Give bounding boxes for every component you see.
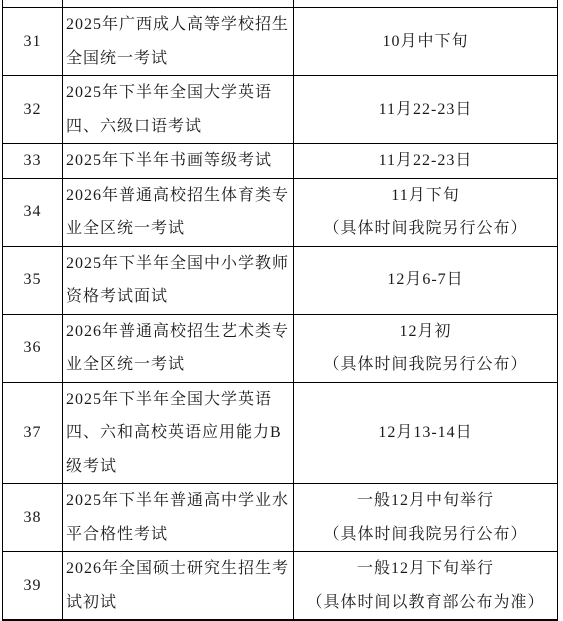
table-row: 312025年广西成人高等学校招生 全国统一考试10月中下旬 [3,8,558,76]
exam-date-text: 一般12月下旬举行 [294,552,557,586]
table-row: 322025年下半年全国大学英语 四、六级口语考试11月22-23日 [3,76,558,144]
row-number: 38 [3,484,63,552]
table-row: 392026年全国硕士研究生招生考 试初试一般12月下旬举行（具体时间以教育部公… [3,552,558,621]
exam-date: 10月中下旬 [294,8,558,76]
exam-date: 一般12月下旬举行（具体时间以教育部公布为准） [294,552,558,621]
exam-date-text: 12月初 [294,315,557,349]
exam-date: 12月6-7日 [294,246,558,314]
exam-name: 2025年下半年全国中小学教师 资格考试面试 [63,246,294,314]
row-number: 34 [3,178,63,246]
exam-date: 11月下旬（具体时间我院另行公布） [294,178,558,246]
exam-name: 2026年普通高校招生艺术类专 业全区统一考试 [63,314,294,382]
table-row: 352025年下半年全国中小学教师 资格考试面试12月6-7日 [3,246,558,314]
exam-date-text: 12月6-7日 [294,263,557,297]
exam-name: 2025年下半年普通高中学业水 平合格性考试 [63,484,294,552]
row-number: 37 [3,382,63,484]
exam-date-text: 10月中下旬 [294,25,557,59]
row-number: 33 [3,144,63,179]
exam-date-note: （具体时间我院另行公布） [294,212,557,246]
exam-schedule-table-body: 312025年广西成人高等学校招生 全国统一考试10月中下旬322025年下半年… [3,0,558,620]
exam-name: 2025年下半年全国大学英语 四、六和高校英语应用能力B 级考试 [63,382,294,484]
table-row: 332025年下半年书画等级考试11月22-23日 [3,144,558,179]
exam-name: 2026年全国硕士研究生招生考 试初试 [63,552,294,621]
table-row: 382025年下半年普通高中学业水 平合格性考试一般12月中旬举行（具体时间我院… [3,484,558,552]
table-row: 342026年普通高校招生体育类专 业全区统一考试11月下旬（具体时间我院另行公… [3,178,558,246]
exam-date-note: （具体时间我院另行公布） [294,348,557,382]
exam-date-text: 12月13-14日 [294,416,557,450]
exam-date-text: 11月22-23日 [294,144,557,178]
exam-schedule-table: 312025年广西成人高等学校招生 全国统一考试10月中下旬322025年下半年… [2,0,558,621]
partial-cell [3,0,63,8]
partial-row-top [3,0,558,8]
exam-date: 11月22-23日 [294,144,558,179]
partial-cell [63,0,294,8]
row-number: 31 [3,8,63,76]
table-row: 372025年下半年全国大学英语 四、六和高校英语应用能力B 级考试12月13-… [3,382,558,484]
exam-name: 2026年普通高校招生体育类专 业全区统一考试 [63,178,294,246]
exam-date-text: 11月下旬 [294,179,557,213]
table-row: 362026年普通高校招生艺术类专 业全区统一考试12月初（具体时间我院另行公布… [3,314,558,382]
exam-date: 11月22-23日 [294,76,558,144]
exam-date-note: （具体时间以教育部公布为准） [294,586,557,620]
row-number: 36 [3,314,63,382]
exam-date-note: （具体时间我院另行公布） [294,518,557,552]
exam-date-text: 11月22-23日 [294,93,557,127]
exam-date-text: 一般12月中旬举行 [294,484,557,518]
row-number: 39 [3,552,63,621]
exam-date: 12月初（具体时间我院另行公布） [294,314,558,382]
exam-name: 2025年下半年书画等级考试 [63,144,294,179]
partial-cell [294,0,558,8]
exam-date: 12月13-14日 [294,382,558,484]
page: 312025年广西成人高等学校招生 全国统一考试10月中下旬322025年下半年… [0,0,563,621]
exam-name: 2025年广西成人高等学校招生 全国统一考试 [63,8,294,76]
exam-date: 一般12月中旬举行（具体时间我院另行公布） [294,484,558,552]
row-number: 32 [3,76,63,144]
row-number: 35 [3,246,63,314]
exam-name: 2025年下半年全国大学英语 四、六级口语考试 [63,76,294,144]
